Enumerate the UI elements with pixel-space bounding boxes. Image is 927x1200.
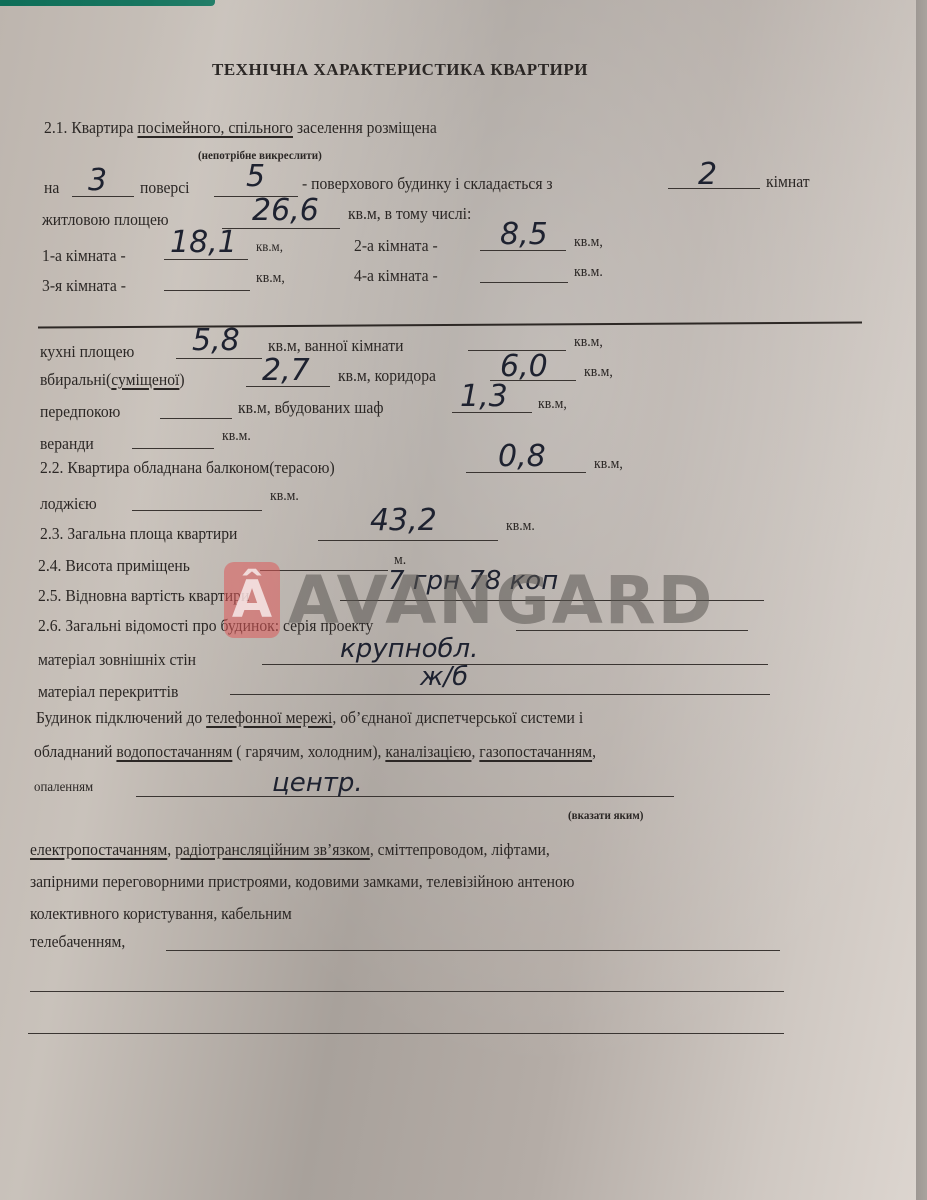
- living-area-unit: кв.м, в тому числі:: [348, 204, 471, 224]
- balcony-value: 0,8: [498, 442, 546, 472]
- room3-unit: кв.м,: [256, 270, 285, 287]
- total-area-unit: кв.м.: [506, 518, 535, 535]
- blank-line-2: [28, 1033, 784, 1034]
- corridor-unit: кв.м,: [584, 364, 613, 381]
- closets-unit: кв.м,: [538, 396, 567, 413]
- toilet-value: 2,7: [262, 356, 310, 386]
- room2-label: 2-а кімната -: [354, 236, 438, 256]
- walls-value: крупнобл.: [340, 636, 478, 662]
- height-label: 2.4. Висота приміщень: [38, 556, 190, 576]
- total-area-label: 2.3. Загальна площа квартири: [40, 524, 237, 544]
- floors-label: матеріал перекриттів: [38, 682, 178, 702]
- total-area-value: 43,2: [370, 506, 437, 536]
- living-area-label: житловою площею: [42, 210, 169, 230]
- room3-label: 3-я кімната -: [42, 276, 126, 296]
- closets-value: 1,3: [460, 382, 508, 412]
- cost-label: 2.5. Відновна вартість квартири: [38, 586, 249, 606]
- room1-unit: кв.м,: [256, 240, 283, 256]
- connections-line-2: обладнаний водопостачанням ( гарячим, хо…: [34, 742, 596, 762]
- floor-label: на: [44, 178, 59, 198]
- toilet-label: вбиральні(суміщеної): [40, 370, 185, 390]
- living-area-value: 26,6: [252, 196, 319, 226]
- room2-value: 8,5: [500, 220, 548, 250]
- section-2-1-intro: 2.1. Квартира посімейного, спільного зас…: [44, 118, 437, 138]
- loggia-unit: кв.м.: [270, 488, 299, 505]
- storeys-value: 5: [246, 162, 265, 192]
- section-divider: [38, 321, 862, 328]
- building-label: - поверхового будинку і складається з: [302, 174, 553, 194]
- hallway-unit: кв.м, вбудованих шаф: [238, 398, 383, 418]
- balcony-label: 2.2. Квартира обладнана балконом(терасою…: [40, 458, 335, 478]
- room4-label: 4-а кімната -: [354, 266, 438, 286]
- page-edge: [916, 0, 927, 1200]
- corridor-value: 6,0: [500, 352, 548, 382]
- toilet-unit: кв.м, коридора: [338, 366, 436, 386]
- document-title: ТЕХНІЧНА ХАРАКТЕРИСТИКА КВАРТИРИ: [212, 60, 588, 80]
- underlined-occupancy-type: посімейного, спільного: [137, 118, 293, 137]
- hallway-label: передпокою: [40, 402, 120, 422]
- utilities-line-4: телебаченням,: [30, 932, 125, 952]
- green-folder-edge: [0, 0, 215, 6]
- specify-note: (вказати яким): [568, 808, 643, 823]
- room2-unit: кв.м,: [574, 234, 603, 251]
- kitchen-label: кухні площею: [40, 342, 134, 362]
- heating-label: опаленням: [34, 780, 93, 796]
- walls-label: матеріал зовнішніх стін: [38, 650, 196, 670]
- room1-label: 1-а кімната -: [42, 246, 126, 266]
- room4-unit: кв.м.: [574, 264, 603, 281]
- veranda-label: веранди: [40, 434, 94, 454]
- floor-value: 3: [88, 166, 107, 196]
- connections-line-1: Будинок підключений до телефонної мережі…: [36, 708, 583, 728]
- utilities-line-1: електропостачанням, радіотрансляційним з…: [30, 840, 550, 860]
- storeys-label: поверсі: [140, 178, 190, 198]
- balcony-unit: кв.м,: [594, 456, 623, 473]
- kitchen-value: 5,8: [192, 326, 240, 356]
- loggia-label: лоджією: [40, 494, 97, 514]
- veranda-unit: кв.м.: [222, 428, 251, 445]
- utilities-line-2: запірними переговорними пристроями, кодо…: [30, 872, 574, 892]
- watermark-text: AVANGARD: [288, 568, 714, 634]
- watermark-logo-icon: Â: [224, 562, 280, 638]
- utilities-line-3: колективного користування, кабельним: [30, 904, 292, 924]
- blank-line-1: [30, 991, 784, 992]
- bathroom-unit: кв.м,: [574, 334, 603, 351]
- heating-value: центр.: [272, 770, 363, 796]
- rooms-label: кімнат: [766, 172, 810, 192]
- rooms-value: 2: [698, 160, 717, 190]
- room1-value: 18,1: [170, 228, 237, 258]
- floors-value: ж/б: [420, 664, 468, 690]
